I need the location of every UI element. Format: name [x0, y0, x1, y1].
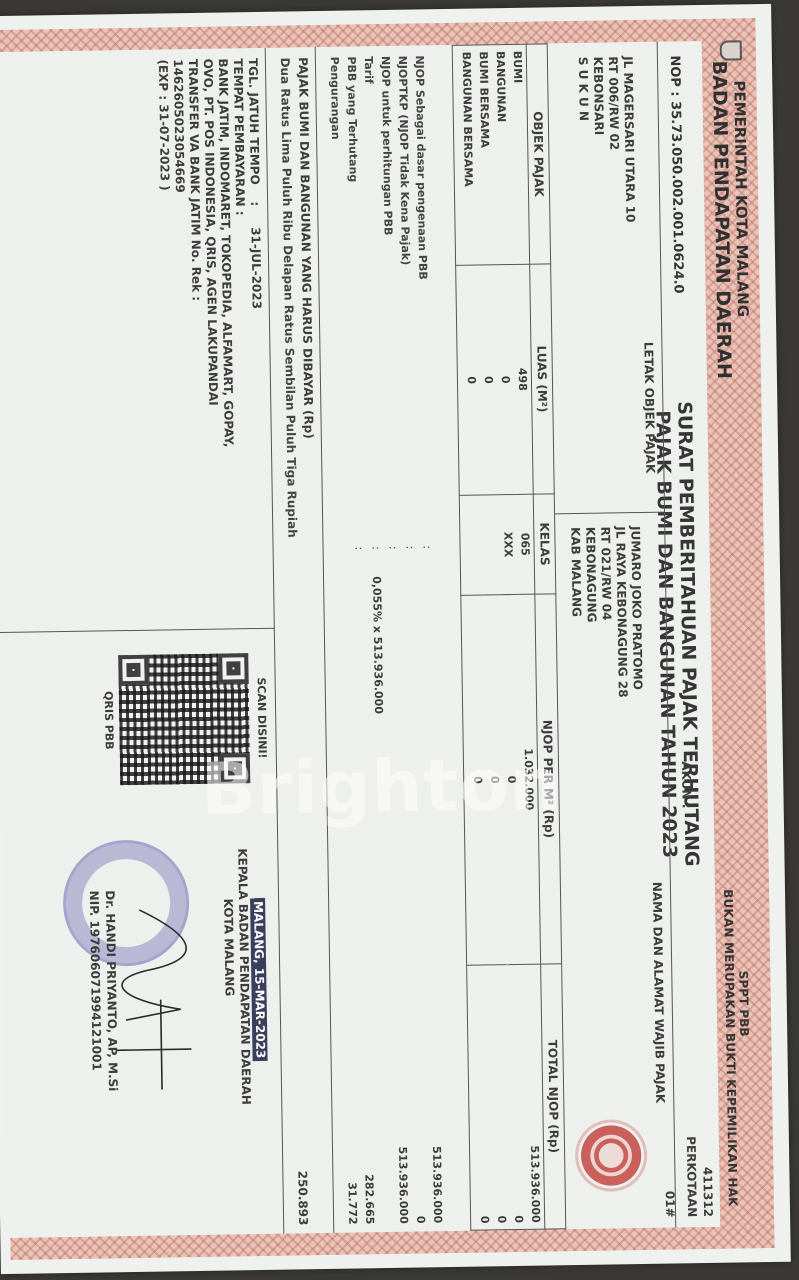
payable-amount: 250.893: [295, 1171, 310, 1226]
taxpayer-line: JL RAYA KEBONAGUNG 28: [612, 526, 630, 697]
issuer-header: PEMERINTAH KOTA MALANG BADAN PENDAPATAN …: [708, 60, 753, 379]
cell-luas: 498: [512, 264, 533, 494]
taxpayer-line: RT 021/RW 04: [597, 526, 615, 697]
doc-code: SPPT PBB: [735, 889, 751, 1037]
cell-total: 0: [467, 965, 494, 1230]
cell-kelas: [482, 495, 501, 595]
taxpayer-address: JUMARO JOKO PRATOMO JL RAYA KEBONAGUNG 2…: [567, 526, 645, 698]
signatory-name: Dr. HANDI PRIYANTO, AP, M.Si: [102, 890, 120, 1091]
taxpayer-line: JUMARO JOKO PRATOMO: [627, 526, 645, 697]
cell-kelas: [459, 495, 483, 595]
due-date-value: 31-JUL-2023: [249, 227, 264, 309]
calc-label: PBB yang Terhutang: [345, 56, 360, 182]
location-line: RT 006/RW 02: [605, 56, 623, 223]
qr-finder-icon: [118, 655, 148, 685]
qr-code[interactable]: [118, 653, 250, 785]
calc-detail: 0,055% x 513.936.000: [370, 576, 385, 714]
payable-heading: PAJAK BUMI DAN BANGUNAN YANG HARUS DIBAY…: [296, 57, 316, 439]
nop-value: 35.73.050.002.001.0624.0: [668, 101, 686, 294]
calc-colon: :: [404, 546, 417, 550]
cell-objek: BANGUNAN: [492, 44, 512, 264]
cell-objek: BUMI: [509, 44, 530, 264]
sign-place-date: MALANG, 15-MAR-2023: [250, 898, 268, 1062]
scan-label: SCAN DISINI!: [254, 628, 270, 808]
location-address: JL MAGERSARI UTARA 10 RT 006/RW 02 KEBON…: [575, 56, 638, 223]
signatory-nip: NIP. 197606071994121001: [86, 891, 104, 1071]
calc-value: 513.936.000: [396, 1146, 410, 1223]
kode-value: 411312: [699, 1136, 716, 1217]
qris-box: SCAN DISINI! QRIS PBB: [0, 628, 278, 812]
section-divider: [554, 512, 664, 515]
sppt-document: PEMERINTAH KOTA MALANG BADAN PENDAPATAN …: [0, 4, 791, 1274]
col-kelas: KELAS: [533, 494, 556, 594]
doc-code-header: SPPT PBB BUKAN MERUPAKAN BUKTI KEPEMILIK…: [721, 889, 754, 1207]
qr-caption: QRIS PBB: [101, 630, 117, 810]
taxpayer-title: NAMA DAN ALAMAT WAJIB PAJAK: [650, 882, 667, 1104]
nop-field: NOP : 35.73.050.002.001.0624.0: [667, 55, 686, 293]
location-title: LETAK OBJEK PAJAK: [641, 342, 657, 474]
qr-finder-icon: [220, 753, 250, 783]
calc-colon: :: [370, 546, 383, 550]
location-line: S U K U N: [575, 57, 593, 224]
col-objek: OBJEK PAJAK: [526, 44, 550, 264]
col-total-njop: TOTAL NJOP (Rp): [541, 964, 566, 1229]
government-logo-icon: [720, 40, 742, 60]
calc-colon: :: [353, 546, 366, 550]
cell-kelas: XXX: [499, 494, 518, 594]
calc-value: 0: [414, 1216, 427, 1224]
calculation-section: NJOP Sebagai dasar pengenaan PBB:513.936…: [315, 45, 451, 1233]
signature-icon: [109, 899, 222, 1101]
calc-label: NJOP Sebagai dasar pengenaan PBB: [413, 55, 430, 279]
cell-objek: BUMI BERSAMA: [475, 45, 495, 265]
calc-label: Pengurangan: [328, 57, 342, 140]
calc-value: 282.665: [362, 1174, 376, 1224]
signature-block: MALANG, 15-MAR-2023 KEPALA BADAN PENDAPA…: [219, 848, 270, 1249]
due-date-sep: :: [248, 201, 262, 206]
due-date-label: TGL. JATUH TEMPO: [246, 58, 262, 185]
col-luas: LUAS (M²): [530, 264, 555, 494]
cell-luas: 0: [456, 265, 482, 495]
nop-label: NOP :: [667, 55, 683, 96]
calc-colon: :: [387, 546, 400, 550]
location-line: KEBONSARI: [590, 56, 608, 223]
calc-colon: :: [421, 545, 434, 549]
payment-info: TGL. JATUH TEMPO : 31-JUL-2023 TEMPAT PE…: [155, 58, 269, 620]
tax-object-table: OBJEK PAJAK LUAS (M²) KELAS NJOP PER M² …: [452, 43, 567, 1230]
kategori-value: PERKOTAAN: [683, 1136, 700, 1217]
footer-section: TGL. JATUH TEMPO : 31-JUL-2023 TEMPAT PE…: [0, 48, 284, 1238]
calc-label: Tarif: [362, 56, 375, 84]
city-emblem-icon: [578, 1122, 645, 1189]
qr-finder-icon: [218, 653, 248, 683]
location-taxpayer-section: LETAK OBJEK PAJAK JL MAGERSARI UTARA 10 …: [547, 42, 677, 1230]
cell-objek: BANGUNAN BERSAMA: [452, 45, 478, 265]
taxpayer-line: KAB MALANG: [567, 527, 585, 698]
document-body: SURAT PEMBERITAHUAN PAJAK TERHUTANG PAJA…: [0, 41, 720, 1238]
taxpayer-line: KEBONAGUNG: [582, 527, 600, 698]
cell-kelas: 065: [516, 494, 535, 594]
document-frame: PEMERINTAH KOTA MALANG BADAN PENDAPATAN …: [0, 0, 799, 1280]
calc-value: 31.772: [346, 1182, 360, 1225]
location-line: JL MAGERSARI UTARA 10: [620, 56, 638, 223]
region-code: 411312 PERKOTAAN 01#: [683, 1136, 716, 1218]
akun-label: AKUN :: [679, 761, 694, 808]
calc-value: 513.936.000: [430, 1146, 444, 1223]
